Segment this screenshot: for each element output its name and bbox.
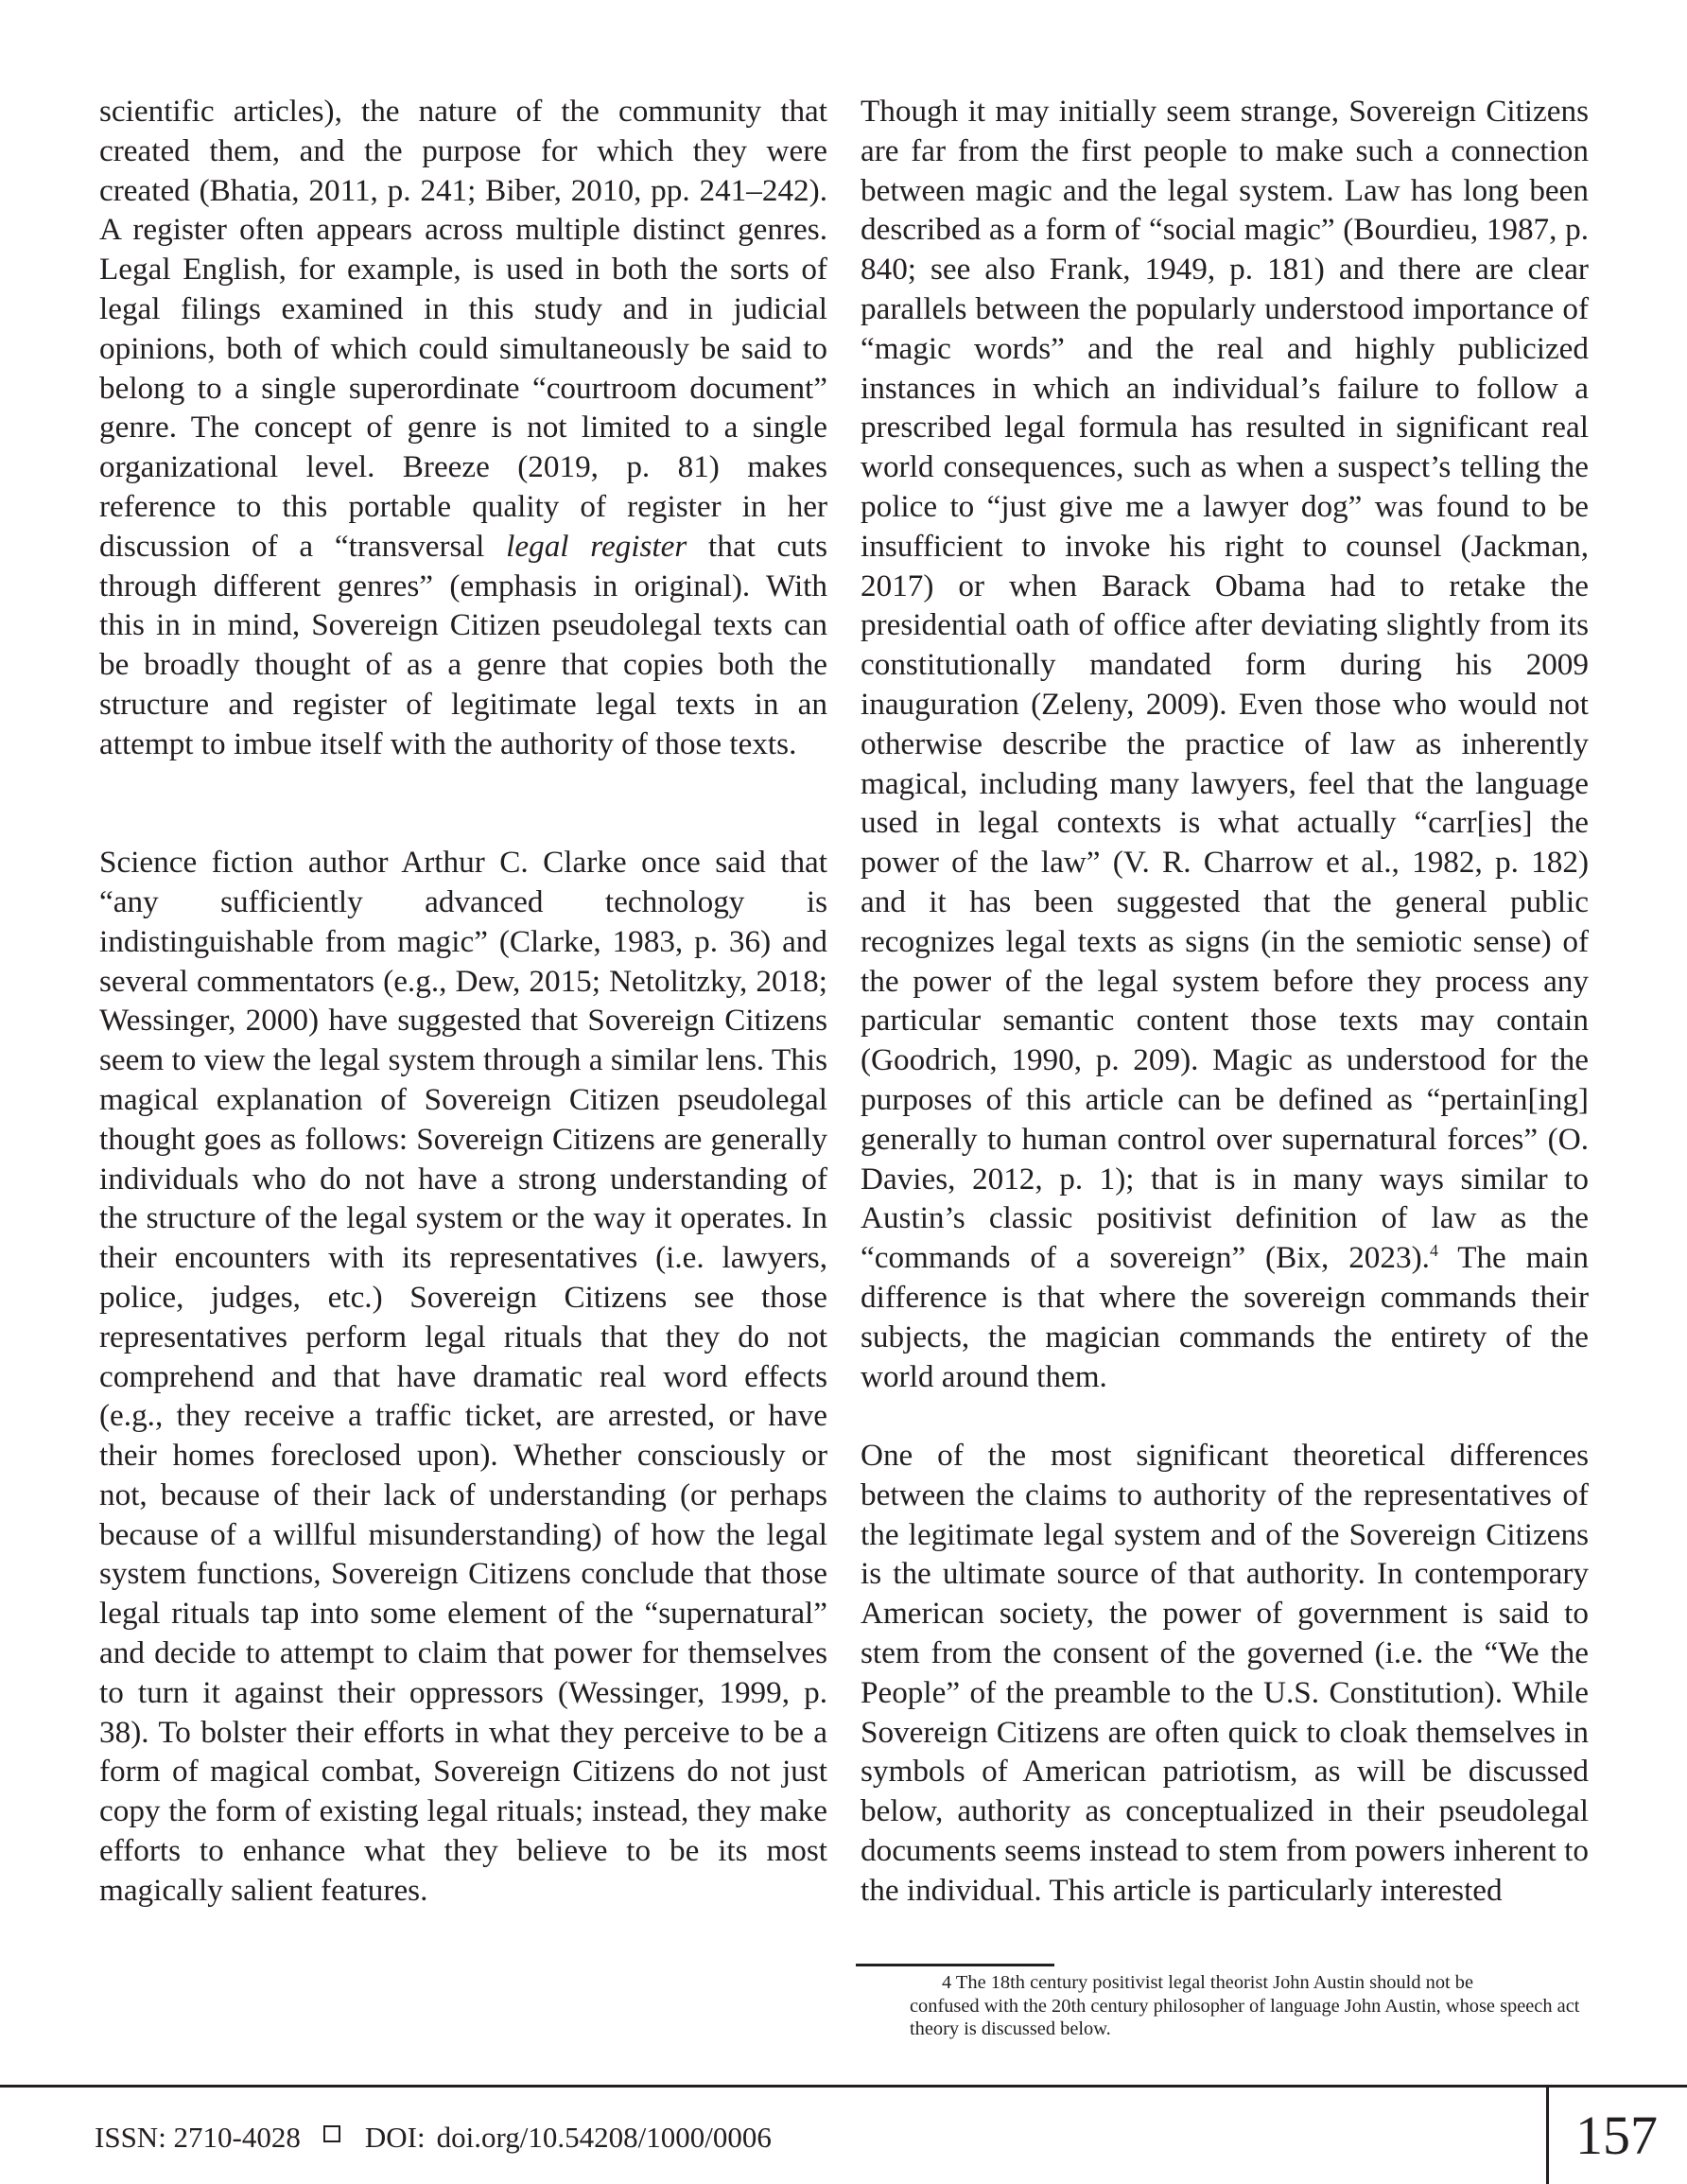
italic-emphasis: legal register [506,529,687,564]
footer-meta: ISSN: 2710-4028 DOI: doi.org/10.54208/10… [95,2119,772,2157]
footnote-first-line: 4 The 18th century positivist legal theo… [910,1971,1591,1995]
body-paragraph: scientific articles), the nature of the … [99,92,827,764]
page-number: 157 [1575,2103,1658,2169]
doi-link[interactable]: doi.org/10.54208/1000/0006 [437,2119,772,2157]
body-paragraph: One of the most significant theoretical … [861,1436,1589,1911]
footer-rule [0,2085,1687,2088]
square-outline-icon [323,2125,340,2142]
footnote: 4 The 18th century positivist legal theo… [910,1971,1591,2041]
issn: ISSN: 2710-4028 [95,2119,301,2157]
footnote-separator-rule [856,1964,1054,1966]
left-column: scientific articles), the nature of the … [99,92,827,1911]
body-paragraph: Science fiction author Arthur C. Clarke … [99,843,827,1911]
footnote-continuation: confused with the 20th century philosoph… [910,1996,1579,2040]
doi-label: DOI: [365,2119,426,2157]
footer-divider [1546,2086,1549,2184]
right-column: Though it may initially seem strange, So… [861,92,1589,1911]
body-paragraph: Though it may initially seem strange, So… [861,92,1589,1396]
footnote-reference[interactable]: 4 [1430,1241,1438,1260]
